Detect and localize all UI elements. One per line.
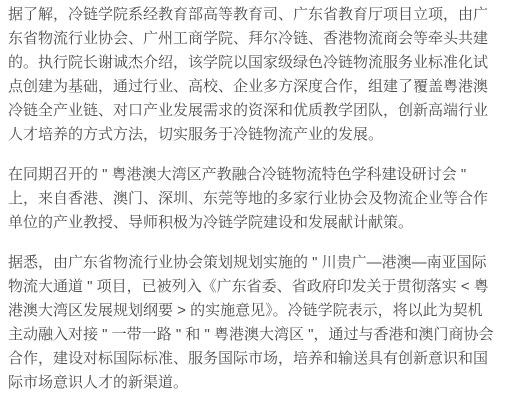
text-line: 单位的产业教授、导师积极为冷链学院建设和发展献计献策。 (8, 211, 500, 235)
page: { "theme": { "background_color": "#fffff… (0, 0, 508, 398)
text-line: 人才培养的方式方法，切实服务于冷链物流产业的发展。 (8, 123, 500, 147)
text-line: 在同期召开的 " 粤港澳大湾区产教融合冷链物流特色学科建设研讨会 " (8, 163, 500, 187)
article-paragraph-founding: 据了解，冷链学院系经教育部高等教育司、广东省教育厅项目立项，由广东省物流行业协会… (8, 3, 500, 147)
text-line: 合作，建设对标国际标准、服务国际市场，培养和输送具有创新意识和国 (8, 347, 500, 371)
text-line: 据悉，由广东省物流行业协会策划规划实施的 " 川贵广—港澳—南亚国际 (8, 251, 500, 275)
article-paragraph-seminar: 在同期召开的 " 粤港澳大湾区产教融合冷链物流特色学科建设研讨会 "上，来自香港… (8, 163, 500, 235)
text-line: 港澳大湾区发展规划纲要 > 的实施意见》。冷链学院表示，将以此为契机 (8, 299, 500, 323)
text-line: 冷链全产业链、对口产业发展需求的资深和优质教学团队，创新高端行业 (8, 99, 500, 123)
text-line: 据了解，冷链学院系经教育部高等教育司、广东省教育厅项目立项，由广 (8, 3, 500, 27)
text-line: 上，来自香港、澳门、深圳、东莞等地的多家行业协会及物流企业等合作 (8, 187, 500, 211)
text-line: 东省物流行业协会、广州工商学院、拜尔冷链、香港物流商会等牵头共建 (8, 27, 500, 51)
text-line: 点创建为基础，通过行业、高校、企业多方深度合作，组建了覆盖粤港澳 (8, 75, 500, 99)
text-line: 际市场意识人才的新渠道。 (8, 371, 500, 395)
article-body: 据了解，冷链学院系经教育部高等教育司、广东省教育厅项目立项，由广东省物流行业协会… (0, 0, 508, 395)
text-line: 的。执行院长谢诚杰介绍，该学院以国家级绿色冷链物流服务业标准化试 (8, 51, 500, 75)
text-line: 物流大通道 " 项目，已被列入《广东省委、省政府印发关于贯彻落实 < 粤 (8, 275, 500, 299)
article-paragraph-corridor: 据悉，由广东省物流行业协会策划规划实施的 " 川贵广—港澳—南亚国际物流大通道 … (8, 251, 500, 395)
text-line: 主动融入对接 " 一带一路 " 和 " 粤港澳大湾区 "，通过与香港和澳门商协会 (8, 323, 500, 347)
